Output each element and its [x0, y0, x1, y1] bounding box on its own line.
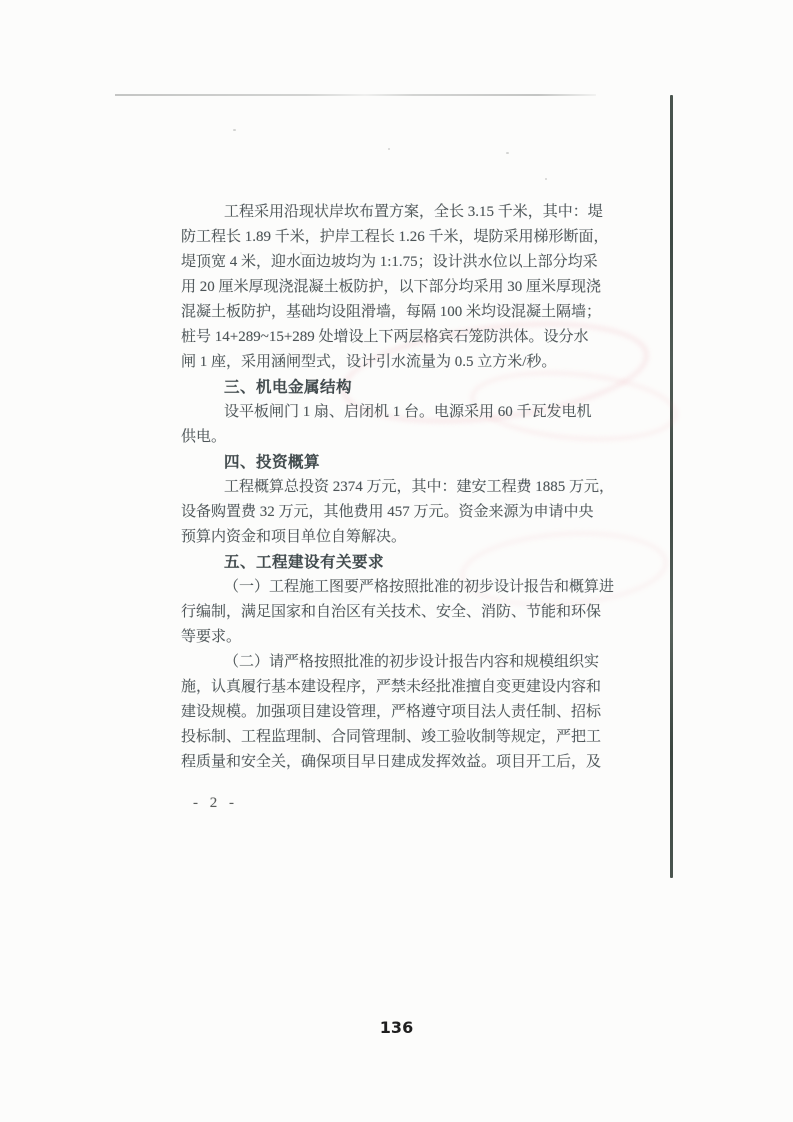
- text-line: 桩号 14+289~15+289 处增设上下两层格宾石笼防洪体。设分水: [181, 325, 617, 350]
- text-line: 混凝土板防护，基础均设阻滑墙，每隔 100 米均设混凝土隔墙；: [181, 300, 617, 325]
- scan-artifact-vertical-line: [670, 95, 673, 878]
- text-line: 建设规模。加强项目建设管理，严格遵守项目法人责任制、招标: [181, 700, 617, 725]
- text-line: 闸 1 座，采用涵闸型式，设计引水流量为 0.5 立方米/秒。: [181, 350, 617, 375]
- text-line: 设备购置费 32 万元，其他费用 457 万元。资金来源为申请中央: [181, 500, 617, 525]
- text-line: （二）请严格按照批准的初步设计报告内容和规模组织实: [181, 650, 617, 675]
- text-line: 设平板闸门 1 扇、启闭机 1 台。电源采用 60 千瓦发电机: [181, 400, 617, 425]
- text-line: 用 20 厘米厚现浇混凝土板防护，以下部分均采用 30 厘米厚现浇: [181, 275, 617, 300]
- text-line: 供电。: [181, 425, 617, 450]
- section-heading: 四、投资概算: [181, 450, 617, 475]
- scan-speck: [506, 152, 509, 154]
- text-line: 程质量和安全关，确保项目早日建成发挥效益。项目开工后，及: [181, 750, 617, 775]
- text-line: 工程采用沿现状岸坎布置方案，全长 3.15 千米，其中：堤: [181, 200, 617, 225]
- section-heading: 五、工程建设有关要求: [181, 550, 617, 575]
- text-line: 堤顶宽 4 米，迎水面边坡均为 1:1.75；设计洪水位以上部分均采: [181, 250, 617, 275]
- section-heading: 三、机电金属结构: [181, 375, 617, 400]
- text-line: 投标制、工程监理制、合同管理制、竣工验收制等规定，严把工: [181, 725, 617, 750]
- text-line: 行编制，满足国家和自治区有关技术、安全、消防、节能和环保: [181, 600, 617, 625]
- text-line: 施，认真履行基本建设程序，严禁未经批准擅自变更建设内容和: [181, 675, 617, 700]
- text-line: 等要求。: [181, 625, 617, 650]
- scanned-document-page: 工程采用沿现状岸坎布置方案，全长 3.15 千米，其中：堤防工程长 1.89 千…: [0, 0, 793, 1122]
- text-line: 预算内资金和项目单位自筹解决。: [181, 525, 617, 550]
- scan-speck: [233, 129, 236, 131]
- pdf-page-number: 136: [380, 1018, 413, 1037]
- scan-speck: [545, 178, 547, 180]
- document-page-number: - 2 -: [193, 795, 238, 812]
- text-line: 防工程长 1.89 千米，护岸工程长 1.26 千米，堤防采用梯形断面，: [181, 225, 617, 250]
- scan-artifact-horizontal-line: [115, 94, 596, 96]
- scan-speck: [388, 148, 390, 150]
- document-body: 工程采用沿现状岸坎布置方案，全长 3.15 千米，其中：堤防工程长 1.89 千…: [181, 200, 617, 775]
- text-line: （一）工程施工图要严格按照批准的初步设计报告和概算进: [181, 575, 617, 600]
- text-line: 工程概算总投资 2374 万元，其中：建安工程费 1885 万元，: [181, 475, 617, 500]
